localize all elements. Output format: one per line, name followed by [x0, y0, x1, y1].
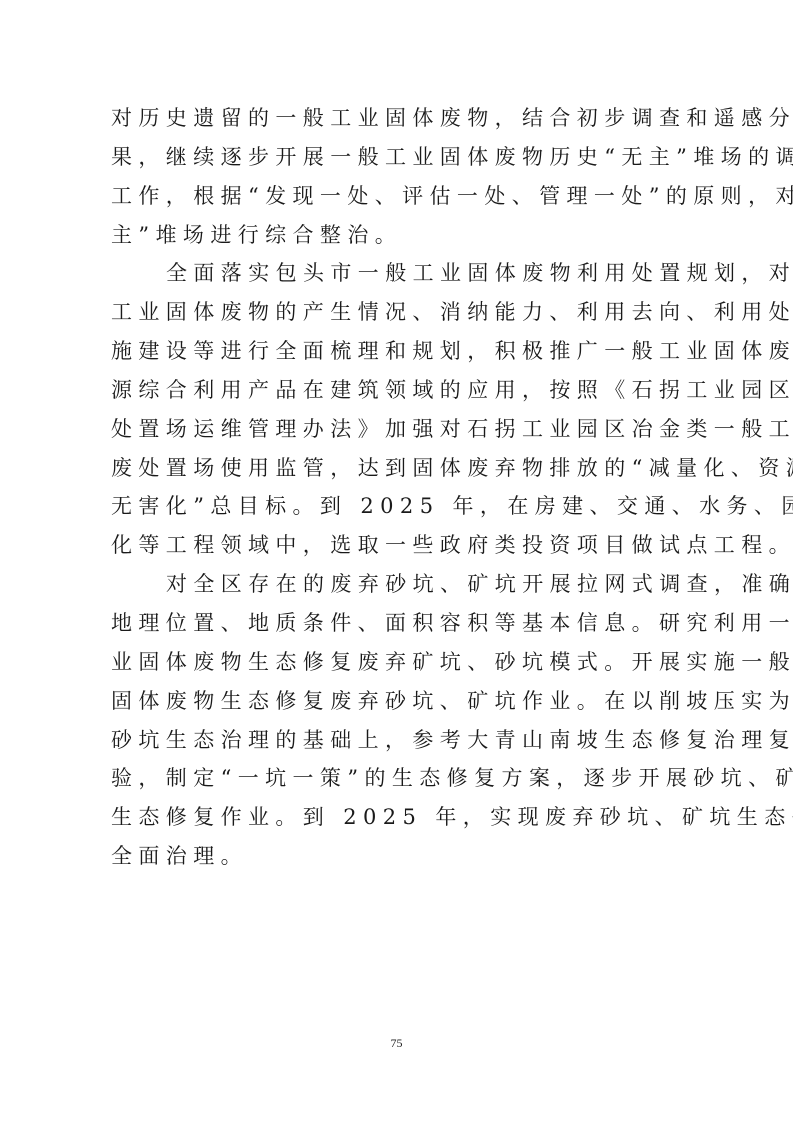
text-line: 源综合利用产品在建筑领域的应用，按照《石拐工业园区固废: [111, 371, 701, 410]
text-line: 地理位置、地质条件、面积容积等基本信息。研究利用一般工: [111, 604, 701, 643]
text-line: 果，继续逐步开展一般工业固体废物历史“无主”堆场的调查: [111, 138, 701, 177]
paragraph-2: 全面落实包头市一般工业固体废物利用处置规划，对一般 工业固体废物的产生情况、消纳…: [111, 254, 701, 565]
text-line: 废处置场使用监管，达到固体废弃物排放的“减量化、资源化、: [111, 449, 701, 488]
text-line: 对全区存在的废弃砂坑、矿坑开展拉网式调查，准确掌握: [111, 565, 701, 604]
body-text: 对历史遗留的一般工业固体废物，结合初步调查和遥感分析结 果，继续逐步开展一般工业…: [111, 99, 701, 876]
page-number: 75: [0, 1036, 793, 1051]
text-line: 处置场运维管理办法》加强对石拐工业园区冶金类一般工业固: [111, 410, 701, 449]
text-line: 业固体废物生态修复废弃矿坑、砂坑模式。开展实施一般工业: [111, 643, 701, 682]
text-line: 无害化”总目标。到 2025 年，在房建、交通、水务、园林绿: [111, 487, 701, 526]
text-line: 主”堆场进行综合整治。: [111, 216, 701, 255]
text-line: 全面治理。: [111, 837, 701, 876]
paragraph-3: 对全区存在的废弃砂坑、矿坑开展拉网式调查，准确掌握 地理位置、地质条件、面积容积…: [111, 565, 701, 876]
text-line: 验，制定“一坑一策”的生态修复方案，逐步开展砂坑、矿坑: [111, 759, 701, 798]
text-line: 施建设等进行全面梳理和规划，积极推广一般工业固体废物资: [111, 332, 701, 371]
text-line: 化等工程领域中，选取一些政府类投资项目做试点工程。: [111, 526, 701, 565]
document-page: 对历史遗留的一般工业固体废物，结合初步调查和遥感分析结 果，继续逐步开展一般工业…: [0, 0, 793, 1122]
text-line: 全面落实包头市一般工业固体废物利用处置规划，对一般: [111, 254, 701, 293]
text-line: 对历史遗留的一般工业固体废物，结合初步调查和遥感分析结: [111, 99, 701, 138]
text-line: 砂坑生态治理的基础上，参考大青山南坡生态修复治理复绿经: [111, 721, 701, 760]
paragraph-1: 对历史遗留的一般工业固体废物，结合初步调查和遥感分析结 果，继续逐步开展一般工业…: [111, 99, 701, 254]
text-line: 工作，根据“发现一处、评估一处、管理一处”的原则，对“无: [111, 177, 701, 216]
text-line: 生态修复作业。到 2025 年，实现废弃砂坑、矿坑生态修复的: [111, 798, 701, 837]
text-line: 工业固体废物的产生情况、消纳能力、利用去向、利用处置设: [111, 293, 701, 332]
text-line: 固体废物生态修复废弃砂坑、矿坑作业。在以削坡压实为主的: [111, 682, 701, 721]
